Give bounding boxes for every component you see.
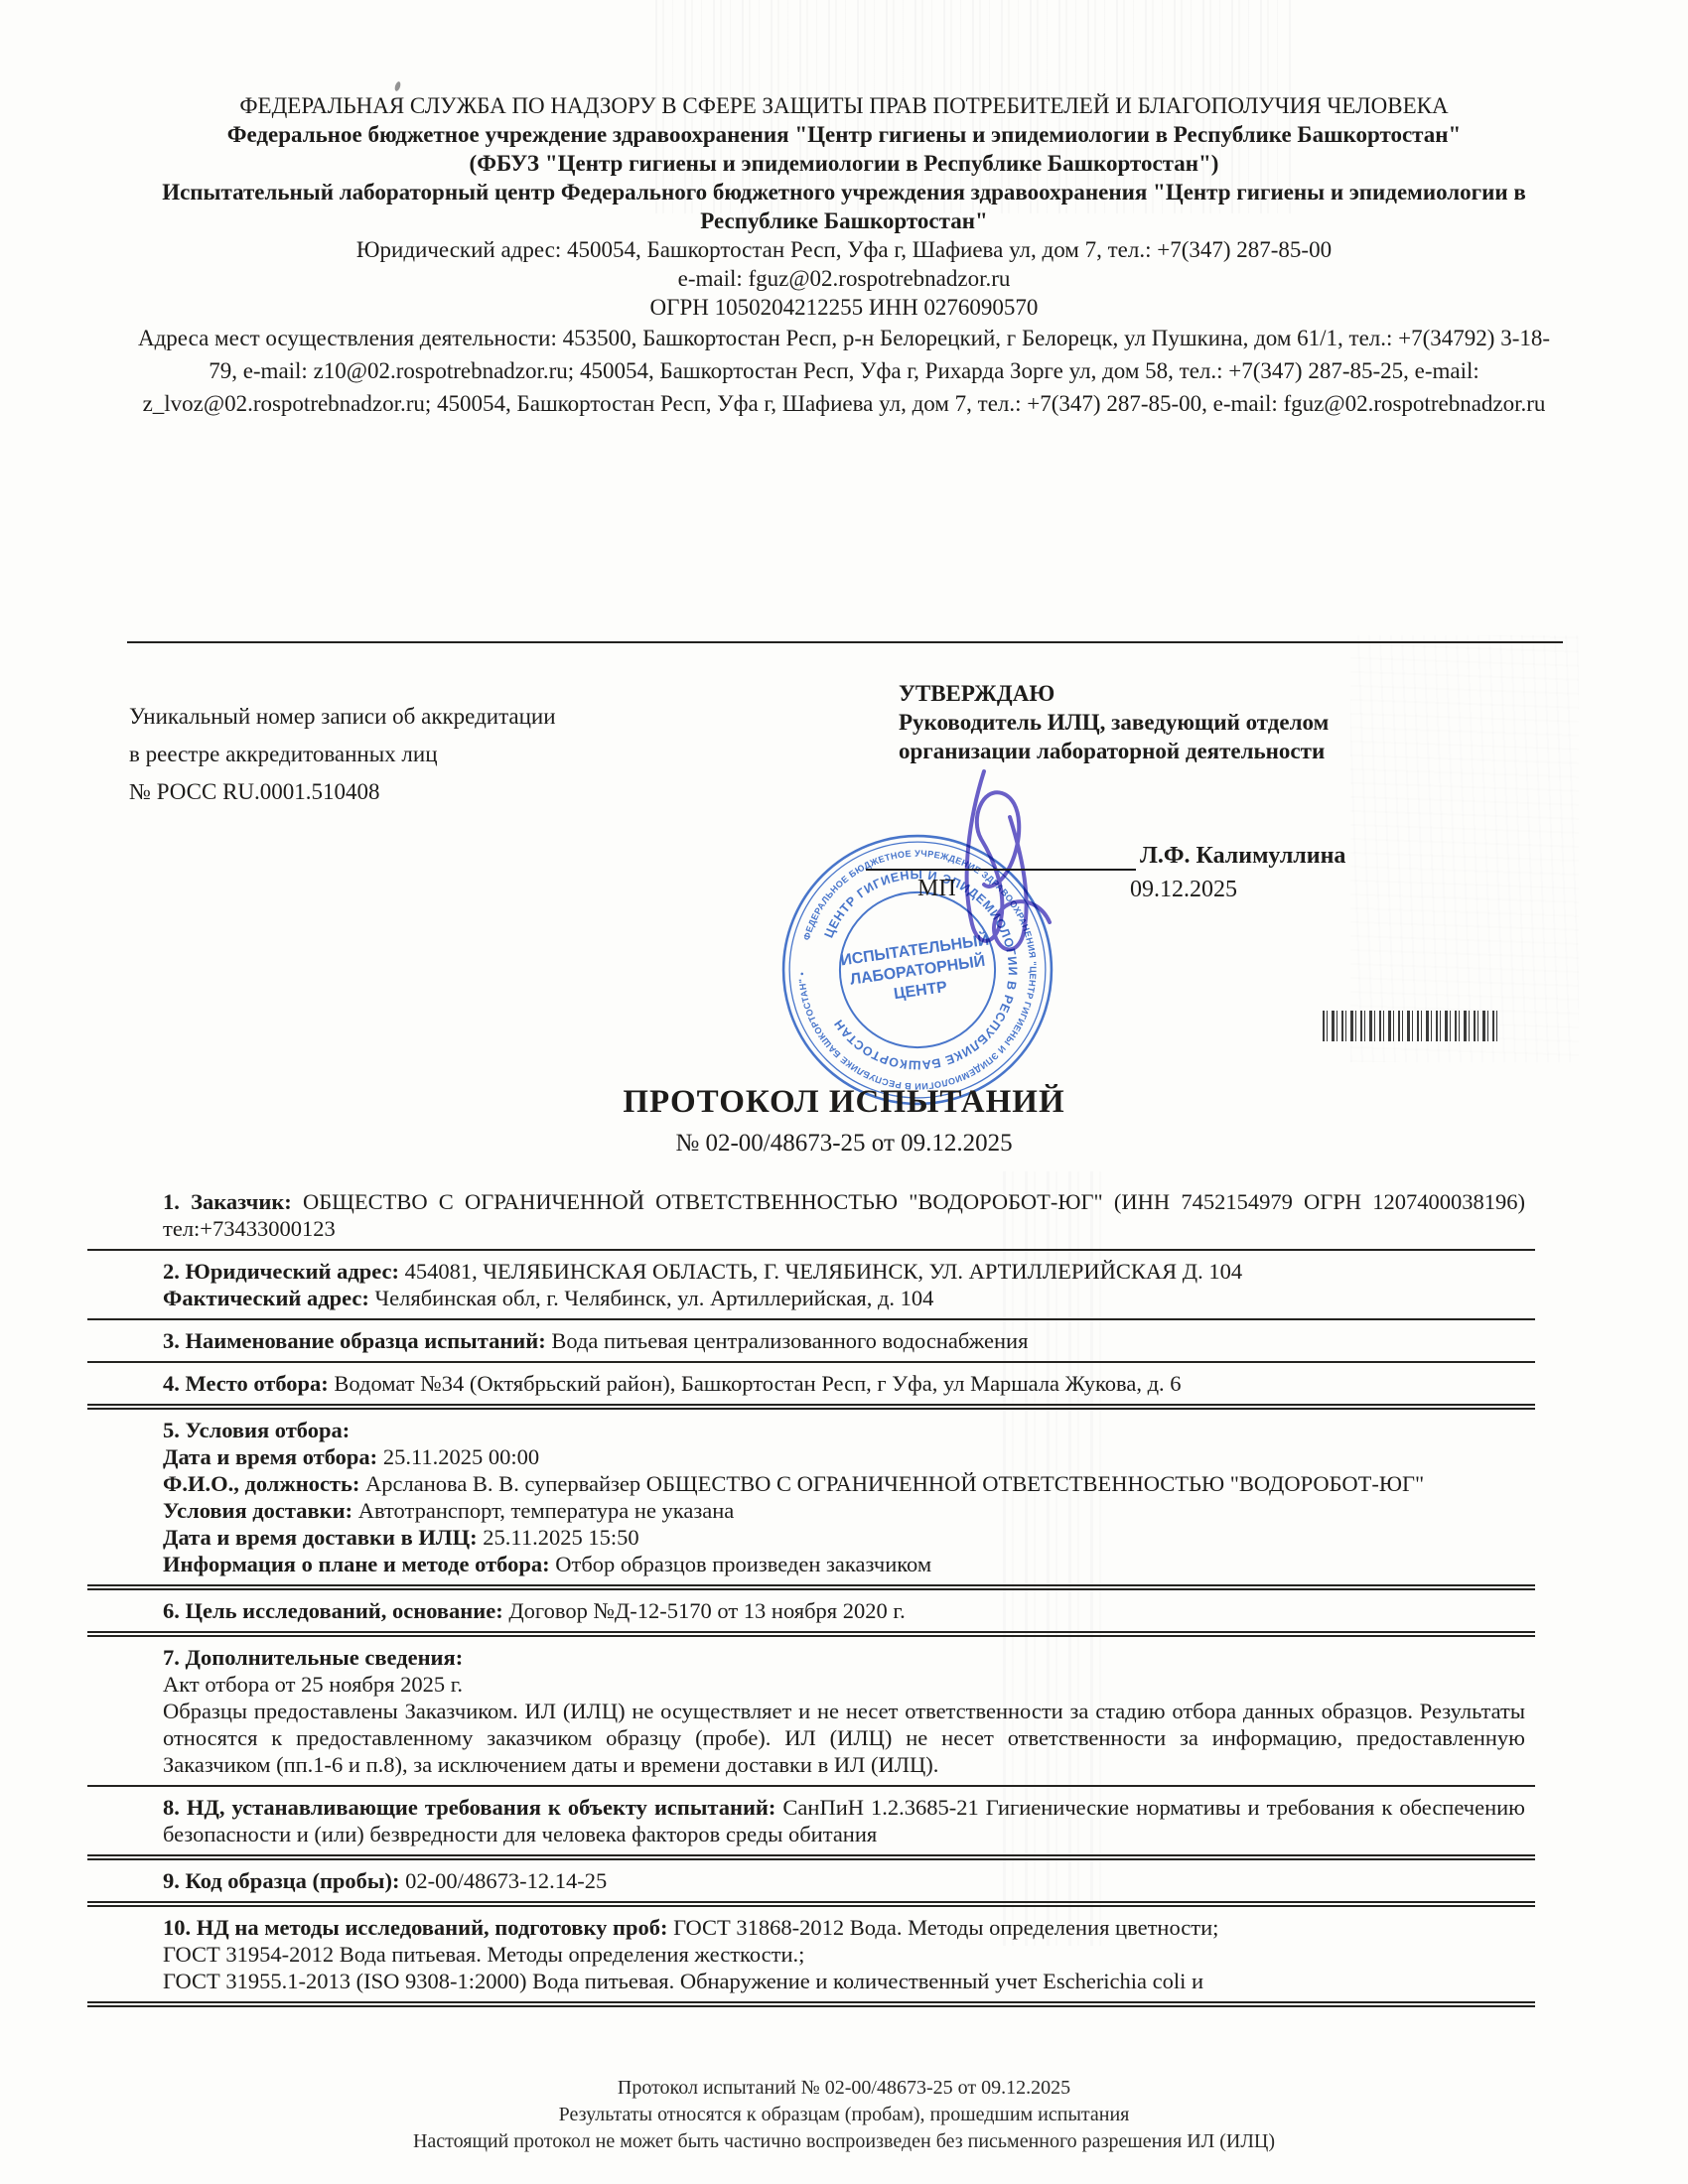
- handwritten-signature: [926, 757, 1070, 971]
- footer-reproduction-note: Настоящий протокол не может быть частичн…: [0, 2128, 1688, 2155]
- sampling-place-label: 4. Место отбора:: [163, 1371, 329, 1396]
- protocol-number: № 02-00/48673-25 от 09.12.2025: [0, 1130, 1688, 1158]
- sampling-plan-info-label: Информация о плане и методе отбора:: [163, 1552, 550, 1576]
- section-additional-info: 7. Дополнительные сведения: Акт отбора о…: [87, 1637, 1535, 1785]
- delivery-datetime-value: 25.11.2025 15:50: [478, 1525, 639, 1550]
- delivery-datetime-label: Дата и время доставки в ИЛЦ:: [163, 1525, 478, 1550]
- footer-protocol-number: Протокол испытаний № 02-00/48673-25 от 0…: [0, 2075, 1688, 2102]
- sampling-plan-info-value: Отбор образцов произведен заказчиком: [550, 1552, 932, 1576]
- section-customer-value: ОБЩЕСТВО С ОГРАНИЧЕННОЙ ОТВЕТСТВЕННОСТЬЮ…: [163, 1189, 1525, 1241]
- activity-addresses: Адреса мест осуществления деятельности: …: [129, 322, 1559, 420]
- sample-name-value: Вода питьевая централизованного водоснаб…: [546, 1328, 1029, 1353]
- section-sample-code: 9. Код образца (пробы): 02-00/48673-12.1…: [87, 1860, 1535, 1901]
- footer-results-note: Результаты относятся к образцам (пробам)…: [0, 2102, 1688, 2128]
- scanned-test-protocol-page: ФЕДЕРАЛЬНАЯ СЛУЖБА ПО НАДЗОРУ В СФЕРЕ ЗА…: [0, 0, 1688, 2184]
- signature-line: [866, 869, 1136, 871]
- sampling-datetime-value: 25.11.2025 00:00: [377, 1444, 539, 1469]
- testing-lab-center-name: Испытательный лабораторный центр Федерал…: [129, 178, 1559, 235]
- accreditation-number: № РОСС RU.0001.510408: [129, 773, 556, 811]
- additional-info-paragraph: Образцы предоставлены Заказчиком. ИЛ (ИЛ…: [163, 1698, 1525, 1778]
- actual-address-value: Челябинская обл, г. Челябинск, ул. Артил…: [369, 1286, 934, 1310]
- sampler-name-value: Арсланова В. В. супервайзер ОБЩЕСТВО С О…: [359, 1471, 1424, 1496]
- protocol-title: ПРОТОКОЛ ИСПЫТАНИЙ: [0, 1084, 1688, 1121]
- section-customer-label: 1. Заказчик:: [163, 1189, 292, 1214]
- methods-nd-label: 10. НД на методы исследований, подготовк…: [163, 1915, 667, 1940]
- stamp-place-label: МП: [917, 876, 956, 902]
- sampling-conditions-label: 5. Условия отбора:: [163, 1418, 350, 1442]
- section-methods-nd: 10. НД на методы исследований, подготовк…: [87, 1907, 1535, 2001]
- organization-full-name: Федеральное бюджетное учреждение здравоо…: [129, 120, 1559, 149]
- letterhead: ФЕДЕРАЛЬНАЯ СЛУЖБА ПО НАДЗОРУ В СФЕРЕ ЗА…: [129, 91, 1559, 420]
- section-research-purpose: 6. Цель исследований, основание: Договор…: [87, 1590, 1535, 1631]
- research-purpose-label: 6. Цель исследований, основание:: [163, 1598, 503, 1623]
- barcode: [1323, 1011, 1499, 1041]
- requirements-nd-label: 8. НД, устанавливающие требования к объе…: [163, 1795, 775, 1820]
- legal-address-label: 2. Юридический адрес:: [163, 1259, 399, 1284]
- section-requirements-nd: 8. НД, устанавливающие требования к объе…: [87, 1787, 1535, 1854]
- sampling-place-value: Водомат №34 (Октябрьский район), Башкорт…: [329, 1371, 1182, 1396]
- section-sample-name: 3. Наименование образца испытаний: Вода …: [87, 1320, 1535, 1361]
- legal-address-value: 454081, ЧЕЛЯБИНСКАЯ ОБЛАСТЬ, Г. ЧЕЛЯБИНС…: [399, 1259, 1242, 1284]
- page-footer: Протокол испытаний № 02-00/48673-25 от 0…: [0, 2075, 1688, 2155]
- approval-date: 09.12.2025: [1130, 877, 1237, 903]
- sampling-act-line: Акт отбора от 25 ноября 2025 г.: [163, 1671, 1525, 1698]
- methods-nd-value: ГОСТ 31868-2012 Вода. Методы определения…: [667, 1915, 1218, 1940]
- section-divider-double: [87, 2001, 1535, 2007]
- methods-nd-line-2: ГОСТ 31954-2012 Вода питьевая. Методы оп…: [163, 1941, 1525, 1968]
- section-sampling-conditions: 5. Условия отбора: Дата и время отбора: …: [87, 1410, 1535, 1584]
- approver-name: Л.Ф. Калимуллина: [1140, 843, 1345, 870]
- sample-code-value: 02-00/48673-12.14-25: [399, 1868, 607, 1893]
- section-legal-address: 2. Юридический адрес: 454081, ЧЕЛЯБИНСКА…: [87, 1251, 1535, 1318]
- federal-service-line: ФЕДЕРАЛЬНАЯ СЛУЖБА ПО НАДЗОРУ В СФЕРЕ ЗА…: [129, 91, 1559, 120]
- section-customer: 1. Заказчик: ОБЩЕСТВО С ОГРАНИЧЕННОЙ ОТВ…: [87, 1181, 1535, 1249]
- sample-code-label: 9. Код образца (пробы):: [163, 1868, 399, 1893]
- sampler-name-label: Ф.И.О., должность:: [163, 1471, 359, 1496]
- sampling-datetime-label: Дата и время отбора:: [163, 1444, 377, 1469]
- delivery-conditions-value: Автотранспорт, температура не указана: [352, 1498, 734, 1523]
- protocol-sections: 1. Заказчик: ОБЩЕСТВО С ОГРАНИЧЕННОЙ ОТВ…: [87, 1181, 1535, 2007]
- approval-block: УТВЕРЖДАЮ Руководитель ИЛЦ, заведующий о…: [899, 679, 1455, 765]
- email-line: e-mail: fguz@02.rospotrebnadzor.ru: [129, 264, 1559, 293]
- approval-title: УТВЕРЖДАЮ: [899, 679, 1455, 708]
- legal-address-line: Юридический адрес: 450054, Башкортостан …: [129, 235, 1559, 264]
- actual-address-label: Фактический адрес:: [163, 1286, 369, 1310]
- section-sampling-place: 4. Место отбора: Водомат №34 (Октябрьски…: [87, 1363, 1535, 1404]
- accreditation-block: Уникальный номер записи об аккредитации …: [129, 698, 556, 811]
- accreditation-line-1: Уникальный номер записи об аккредитации: [129, 698, 556, 736]
- additional-info-label: 7. Дополнительные сведения:: [163, 1645, 463, 1670]
- accreditation-line-2: в реестре аккредитованных лиц: [129, 736, 556, 773]
- sample-name-label: 3. Наименование образца испытаний:: [163, 1328, 546, 1353]
- methods-nd-line-3: ГОСТ 31955.1-2013 (ISO 9308-1:2000) Вода…: [163, 1968, 1525, 1994]
- research-purpose-value: Договор №Д-12-5170 от 13 ноября 2020 г.: [503, 1598, 906, 1623]
- organization-short-name: (ФБУЗ "Центр гигиены и эпидемиологии в Р…: [129, 149, 1559, 178]
- scan-speck: [394, 80, 402, 91]
- header-divider-line: [127, 641, 1563, 643]
- delivery-conditions-label: Условия доставки:: [163, 1498, 352, 1523]
- stamp-center-line-3: ЦЕНТР: [893, 979, 948, 1003]
- approval-position-line-1: Руководитель ИЛЦ, заведующий отделом: [899, 708, 1455, 737]
- ogrn-inn-line: ОГРН 1050204212255 ИНН 0276090570: [129, 293, 1559, 322]
